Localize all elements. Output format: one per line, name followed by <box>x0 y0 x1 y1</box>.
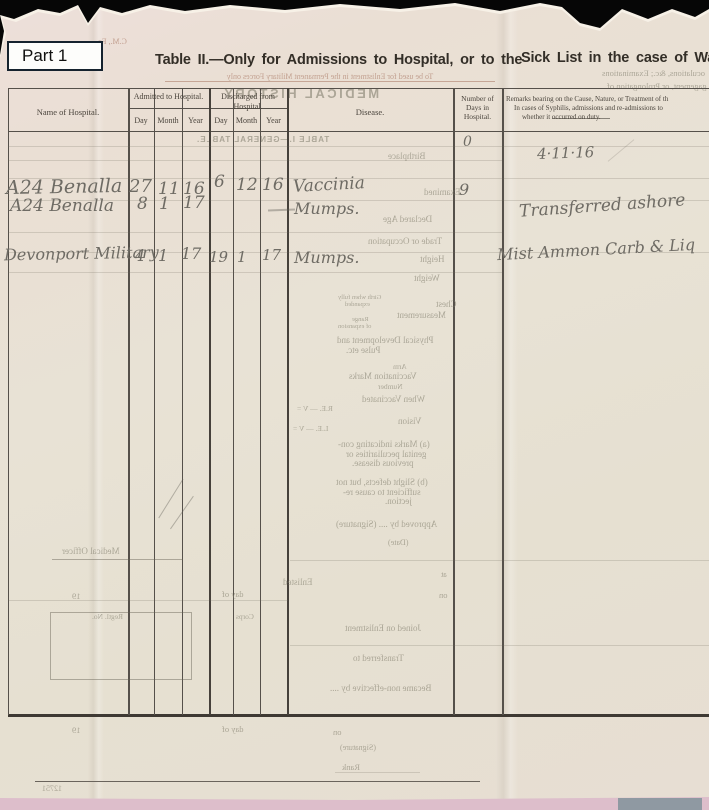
bleed-rule <box>8 160 502 161</box>
col-header-remarks-1: Remarks bearing on the Cause, Nature, or… <box>506 95 668 104</box>
bleedthrough-label: Vision <box>398 416 421 426</box>
col-header-remarks-2: In cases of Syphilis, admissions and re-… <box>514 104 663 113</box>
bleed-box <box>50 612 192 680</box>
entry-days: 0 <box>463 134 472 150</box>
entry-adm-month: 1 <box>159 194 170 214</box>
col-header-year2: Year <box>260 116 287 126</box>
col-header-hospital: Name of Hospital. <box>8 107 128 117</box>
bleedthrough-label: Became non-effective by .... <box>330 683 432 693</box>
col-header-day: Day <box>128 116 154 126</box>
bleedthrough-label: Physical Development and <box>337 335 433 345</box>
bleedthrough-label: Transferred to <box>353 653 404 663</box>
entry-dis-day: 6 <box>214 172 225 192</box>
table-line <box>453 88 455 715</box>
bleed-underline <box>335 772 420 773</box>
col-header-day2: Day <box>209 116 233 126</box>
col-header-disease: Disease. <box>287 107 453 117</box>
entry-disease: Vaccinia <box>293 173 366 197</box>
table-line <box>8 88 709 89</box>
table-line <box>260 88 261 715</box>
col-header-month2: Month <box>233 116 260 126</box>
bleed-rule <box>8 232 502 233</box>
entry-adm-year: 17 <box>183 193 205 213</box>
col-header-discharged: Discharged from Hospital. <box>209 92 287 111</box>
bleed-rule <box>8 600 288 601</box>
bleedthrough-label: on <box>439 590 448 600</box>
bleedthrough-label: Measurement <box>397 310 446 320</box>
bleed-underline <box>52 559 183 560</box>
bleedthrough-label: L.E. — V = <box>293 424 328 433</box>
entry-remarks: Transferred ashore <box>519 190 686 222</box>
col-header-days-3: Hospital. <box>453 112 502 121</box>
bleedthrough-label: Number <box>378 382 403 391</box>
bleedthrough-label: (a) Marks indicating con- <box>338 439 430 449</box>
bleedthrough-label: 19 <box>72 725 81 735</box>
table-line <box>8 714 709 717</box>
bleedthrough-label: (Signature) <box>340 743 376 752</box>
bleedthrough-right-2: gagement, or Prolongation of <box>607 81 707 91</box>
bleedthrough-label: Approved by .... (Signature) <box>336 519 437 529</box>
bleedthrough-label: Weight <box>414 273 440 283</box>
bleedthrough-label: Medical Officer <box>62 546 120 556</box>
bleedthrough-label: Chest <box>436 299 457 309</box>
entry-dis-year: 17 <box>262 246 281 264</box>
entry-dis-day: 19 <box>209 248 228 266</box>
entry-dis-year: 16 <box>262 175 284 195</box>
entry-remarks: Mist Ammon Carb & Liq <box>497 235 696 264</box>
bleedthrough-label: previous disease. <box>352 458 413 468</box>
bleedthrough-label: Corps <box>236 612 254 621</box>
entry-remarks: 4·11·16 <box>537 143 595 163</box>
bleedthrough-label: day of <box>222 724 243 734</box>
page-title-left: Table II.—Only for Admissions to Hospita… <box>155 52 522 68</box>
bleedthrough-label: of expansion <box>338 323 371 330</box>
bleedthrough-label: Regtl. No. <box>92 612 123 621</box>
form-page: Table II.—Only for Admissions to Hospita… <box>0 0 709 801</box>
bleedthrough-label: R.E. — V = <box>297 404 333 413</box>
bleed-rule <box>290 645 709 646</box>
ditto-dash <box>268 209 295 211</box>
entry-days: 9 <box>459 180 469 199</box>
page-title-right: Sick List in the case of Warra <box>521 50 709 66</box>
bleedthrough-label: Range <box>352 316 369 323</box>
bleedthrough-label: Birthplace <box>388 151 426 161</box>
bleedthrough-label: When Vaccinated <box>362 394 425 404</box>
bleedthrough-label: Examined <box>424 187 461 197</box>
table-line <box>209 88 211 715</box>
entry-disease: Mumps. <box>294 199 359 218</box>
bleedthrough-label: on <box>333 727 342 737</box>
bleedthrough-label: jection. <box>385 496 412 506</box>
col-header-days-2: Days in <box>453 103 502 112</box>
bleedthrough-label: 19 <box>72 591 81 601</box>
col-header-month: Month <box>154 116 182 126</box>
bleedthrough-label: Trade or Occupation <box>368 236 442 246</box>
table-line <box>233 88 234 715</box>
bleedthrough-label: Vaccination Marks <box>349 371 417 381</box>
bleedthrough-label: Enlisted <box>283 577 313 587</box>
col-header-days-1: Number of <box>453 94 502 103</box>
col-header-admitted: Admitted to Hospital. <box>128 92 209 102</box>
bleedthrough-label: at <box>441 570 447 579</box>
bleedthrough-label: Height <box>420 254 445 264</box>
paper-crease <box>88 0 104 801</box>
table-line <box>8 131 709 132</box>
bleedthrough-label: Girth when fully <box>338 294 381 301</box>
bleedthrough-right-1: oculations, &c.; Examinations <box>602 68 705 78</box>
part-1-overlay-label: Part 1 <box>7 41 103 71</box>
bleed-rule <box>8 146 709 147</box>
bleedthrough-label: expanded <box>345 301 370 308</box>
entry-adm-day: 4 <box>135 246 145 265</box>
bleedthrough-subtitle: To be used for Enlistment in the Permane… <box>165 72 495 82</box>
entry-adm-year: 17 <box>181 244 201 263</box>
table-line <box>287 88 289 715</box>
underlying-page-corner <box>618 798 702 810</box>
entry-disease: Mumps. <box>294 248 359 267</box>
entry-hospital: A24 Benalla <box>10 196 114 216</box>
bleedthrough-label: (Date) <box>388 538 408 547</box>
bleed-rule <box>290 560 709 561</box>
strike-line <box>552 118 610 119</box>
entry-adm-month: 1 <box>158 246 168 265</box>
entry-adm-day: 8 <box>137 194 148 214</box>
scanned-document: Table II.—Only for Admissions to Hospita… <box>0 0 709 810</box>
pencil-scrawl <box>608 139 635 162</box>
bleedthrough-form-number: 12751 <box>42 784 62 793</box>
bleedthrough-label: Arm <box>393 362 407 371</box>
bleedthrough-label: Rank <box>342 762 360 772</box>
part-1-text: Part 1 <box>22 46 67 66</box>
entry-dis-month: 1 <box>237 248 247 266</box>
entry-dis-month: 12 <box>236 175 258 195</box>
col-header-year: Year <box>182 116 209 126</box>
bleedthrough-label: Declared Age <box>383 214 432 224</box>
bleedthrough-label: Joined on Enlistment <box>345 623 421 633</box>
bleedthrough-label: (b) Slight defects, but not <box>336 477 428 487</box>
footer-rule <box>35 781 480 782</box>
bleedthrough-label: day of <box>222 589 243 599</box>
bleedthrough-table1: TABLE I.—GENERAL TABLE. <box>196 135 329 144</box>
table-line <box>502 88 504 715</box>
bleedthrough-label: Pulse etc. <box>346 345 381 355</box>
